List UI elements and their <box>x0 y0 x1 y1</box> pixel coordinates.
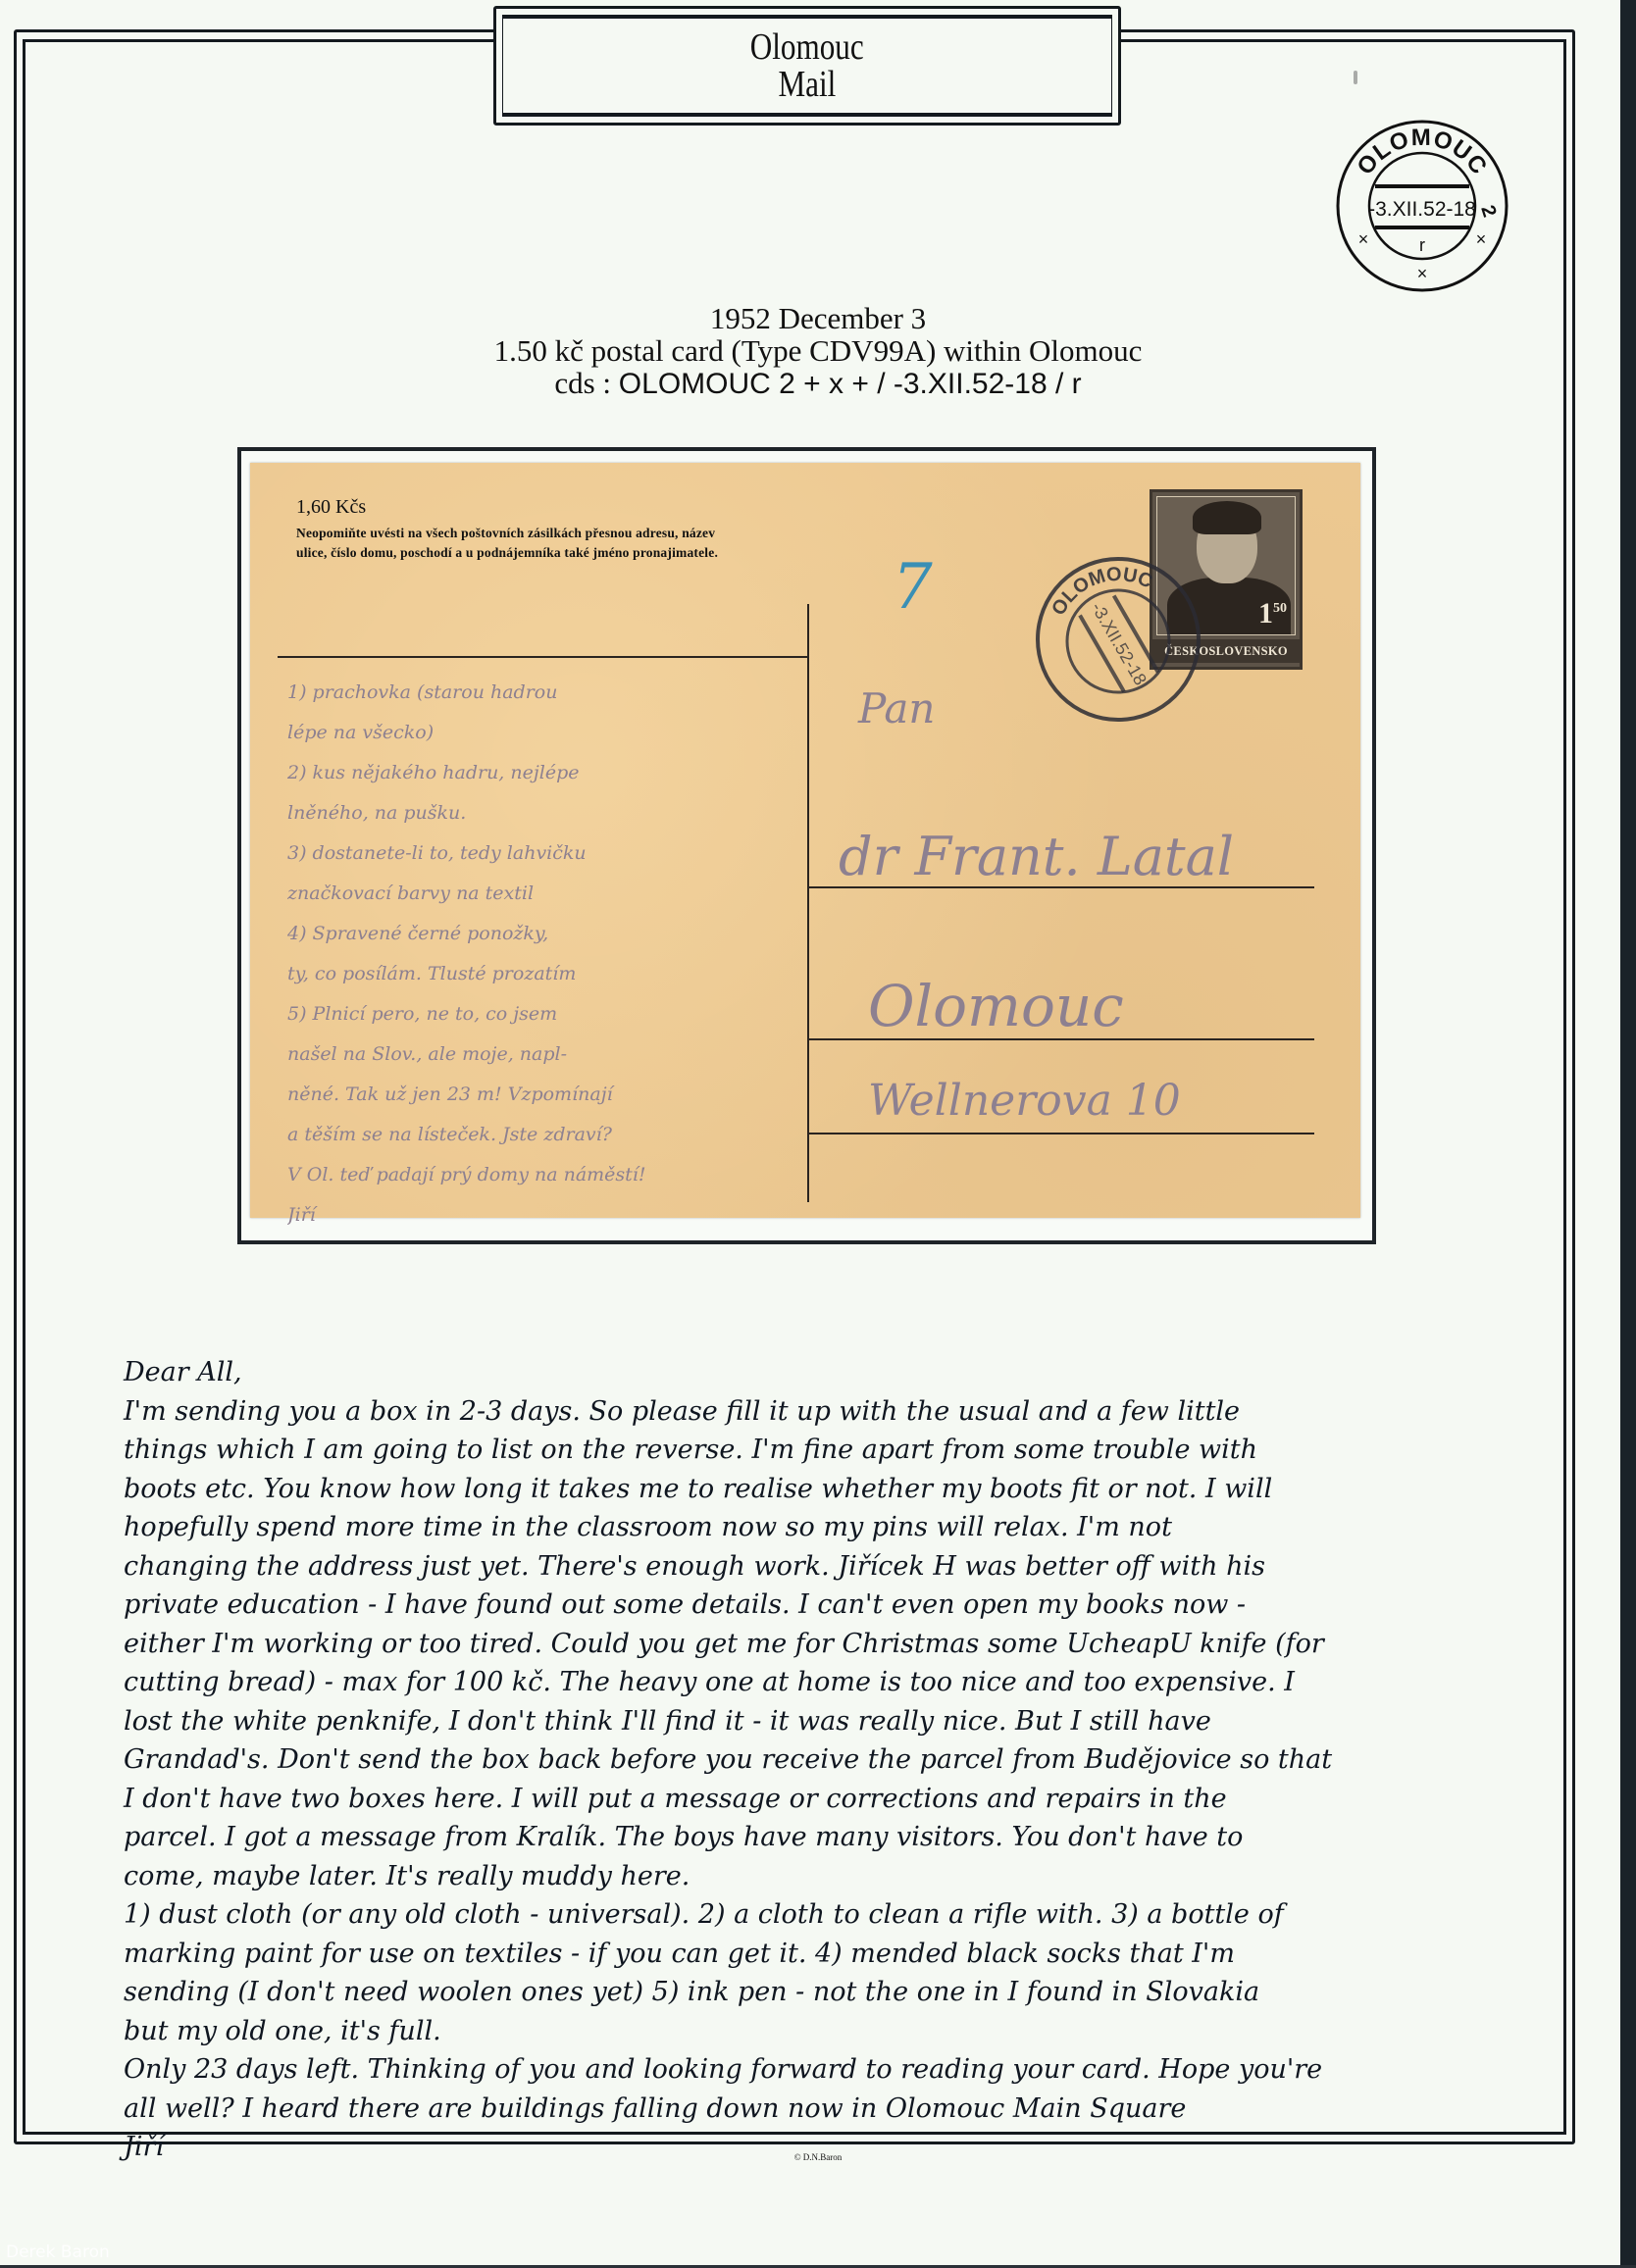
letter-line: hopefully spend more time in the classro… <box>124 1508 1516 1547</box>
blue-pencil-mark: 7 <box>893 551 933 624</box>
letter-line: Only 23 days left. Thinking of you and l… <box>124 2050 1516 2090</box>
letter-line: come, maybe later. It's really muddy her… <box>124 1857 1516 1896</box>
cancellation-postmark: OLOMOUC -3.XII.52-18 <box>1030 551 1206 728</box>
letter-line: Dear All, <box>124 1353 1516 1392</box>
card-message-line: Jiří <box>287 1195 797 1235</box>
letter-line: but my old one, it's full. <box>124 2012 1516 2051</box>
letter-line: all well? I heard there are buildings fa… <box>124 2090 1516 2129</box>
address-salutation: Pan <box>858 684 935 732</box>
card-message-line: něné. Tak už jen 23 m! Vzpomínají <box>287 1075 797 1115</box>
svg-text:×: × <box>1476 229 1487 249</box>
card-notice: Neopomiňte uvésti na všech poštovních zá… <box>296 524 816 563</box>
page-title: Olomouc <box>750 28 864 66</box>
letter-line: private education - I have found out som… <box>124 1586 1516 1625</box>
card-message-line: našel na Slov., ale moje, napl- <box>287 1034 797 1075</box>
letter-line: things which I am going to list on the r… <box>124 1431 1516 1470</box>
copyright: © D.N.Baron <box>0 2152 1636 2162</box>
svg-text:×: × <box>1417 264 1428 283</box>
letter-line: boots etc. You know how long it takes me… <box>124 1470 1516 1509</box>
card-message-line: lněného, na pušku. <box>287 793 797 833</box>
letter-line: sending (I don't need woolen ones yet) 5… <box>124 1973 1516 2012</box>
postmark-code: r <box>1419 235 1425 255</box>
letter-line: cutting bread) - max for 100 kč. The hea… <box>124 1663 1516 1702</box>
letter-line: Grandad's. Don't send the box back befor… <box>124 1740 1516 1780</box>
letter-line: I'm sending you a box in 2-3 days. So pl… <box>124 1392 1516 1432</box>
page-subtitle: Mail <box>779 66 837 103</box>
address-line <box>809 1133 1314 1134</box>
letter-line: I don't have two boxes here. I will put … <box>124 1780 1516 1819</box>
postal-card: 1,60 Kčs Neopomiňte uvésti na všech pošt… <box>250 463 1360 1218</box>
description-cds: cds : OLOMOUC 2 + x + / -3.XII.52-18 / r <box>294 367 1342 400</box>
card-handwritten-message: 1) prachovka (starou hadrou lépe na všec… <box>287 673 797 1235</box>
scan-edge <box>1620 0 1636 2268</box>
card-message-line: a těším se na lísteček. Jste zdraví? <box>287 1115 797 1155</box>
letter-line: either I'm working or too tired. Could y… <box>124 1625 1516 1664</box>
card-message-line: 2) kus nějakého hadru, nejlépe <box>287 753 797 793</box>
description-item: 1.50 kč postal card (Type CDV99A) within… <box>294 334 1342 367</box>
postmark-office: 2 <box>1476 203 1500 220</box>
card-price: 1,60 Kčs <box>296 496 366 519</box>
letter-line: lost the white penknife, I don't think I… <box>124 1702 1516 1741</box>
letter-line: marking paint for use on textiles - if y… <box>124 1935 1516 1974</box>
letter-translation: Dear All,I'm sending you a box in 2-3 da… <box>124 1353 1516 2167</box>
card-message-line: ty, co posílám. Tlusté prozatím <box>287 954 797 994</box>
postmark-illustration: OLOMOUC 2 -3.XII.52-18 r × × × <box>1324 108 1520 304</box>
card-divider-horizontal <box>278 656 807 658</box>
card-message-line: V Ol. teď padají prý domy na náměstí! <box>287 1155 797 1195</box>
svg-text:×: × <box>1358 229 1369 249</box>
address-city: Olomouc <box>868 973 1124 1039</box>
letter-line: 1) dust cloth (or any old cloth - univer… <box>124 1895 1516 1935</box>
scan-speck <box>1354 71 1357 84</box>
card-message-line: značkovací barvy na textil <box>287 874 797 914</box>
card-message-line: 4) Spravené černé ponožky, <box>287 914 797 954</box>
card-message-line: lépe na všecko) <box>287 713 797 753</box>
description-date: 1952 December 3 <box>294 302 1342 334</box>
letter-line: parcel. I got a message from Kralík. The… <box>124 1818 1516 1857</box>
title-box: Olomouc Mail <box>493 6 1121 126</box>
item-description: 1952 December 3 1.50 kč postal card (Typ… <box>294 302 1342 400</box>
address-street: Wellnerova 10 <box>868 1076 1181 1126</box>
card-divider-vertical <box>807 604 809 1202</box>
stamp-value: 150 <box>1258 597 1287 630</box>
postmark-date: -3.XII.52-18 <box>1368 198 1476 221</box>
letter-line: changing the address just yet. There's e… <box>124 1547 1516 1587</box>
watermark: Derek Baron <box>6 2243 110 2262</box>
card-message-line: 5) Plnicí pero, ne to, co jsem <box>287 994 797 1034</box>
address-name: dr Frant. Latal <box>839 826 1234 887</box>
card-message-line: 3) dostanete-li to, tedy lahvičku <box>287 833 797 874</box>
card-message-line: 1) prachovka (starou hadrou <box>287 673 797 713</box>
